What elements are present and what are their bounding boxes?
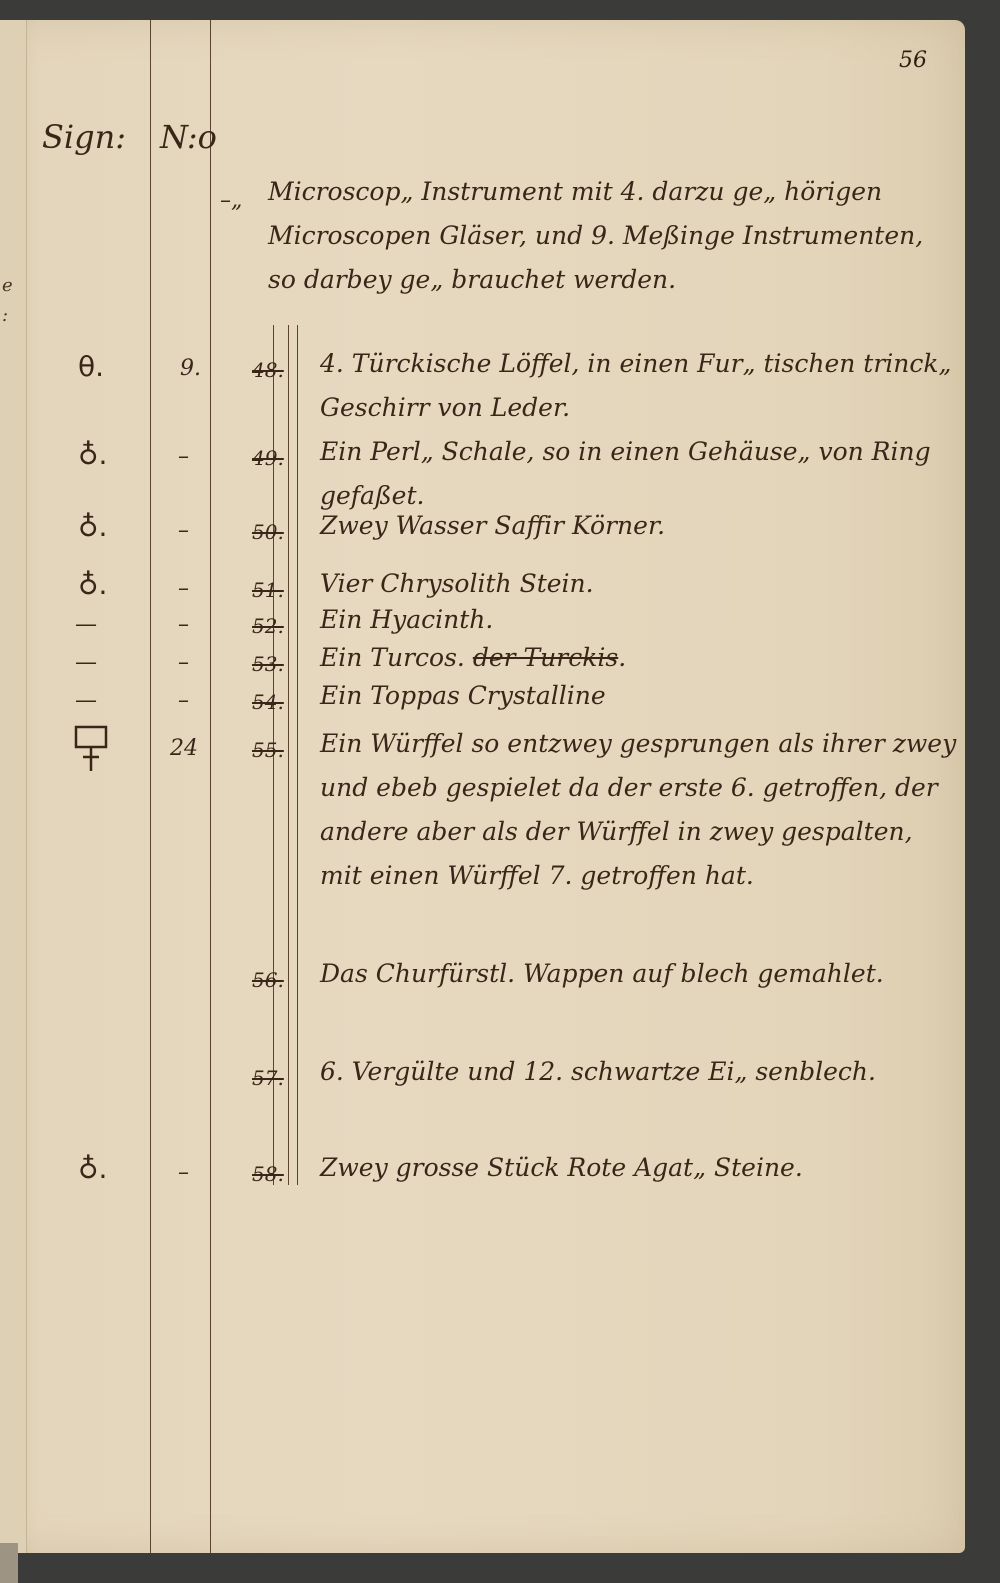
previous-page-edge: e : [0, 20, 27, 1553]
intro-entry-text: Microscop„ Instrument mit 4. darzu ge„ h… [268, 170, 958, 302]
entry-no: 53. [252, 652, 284, 676]
previous-page-letter: e [2, 275, 13, 296]
entry-text: Ein Toppas Crystalline [320, 674, 960, 718]
entry-no: 51. [252, 578, 284, 602]
entry-text: 6. Vergülte und 12. schwartze Ei„ senble… [320, 1050, 960, 1094]
header-sign: Sign: [42, 118, 126, 156]
square-with-cross-icon [72, 725, 112, 775]
entry-text: Zwey Wasser Saffir Körner. [320, 504, 960, 548]
book-spine-edge [0, 1543, 18, 1583]
entry-num: – [178, 650, 189, 675]
column-rule-sign [150, 20, 151, 1553]
sign-dash: — [75, 688, 97, 713]
sign-gold-icon: θ. [78, 350, 104, 383]
entry-num: – [178, 1160, 189, 1185]
entry-text: Zwey grosse Stück Rote Agat„ Steine. [320, 1146, 960, 1190]
sign-dash: — [75, 612, 97, 637]
entry-no: 57. [252, 1066, 284, 1090]
entry-num: – [178, 444, 189, 469]
sign-square-cross-icon [72, 725, 112, 782]
entry-no: 54. [252, 690, 284, 714]
folio-number: 56 [899, 48, 927, 73]
entry-no: 48. [252, 358, 284, 382]
entry-no: 50. [252, 520, 284, 544]
entry-num: – [178, 518, 189, 543]
entry-num: – [178, 688, 189, 713]
column-rule-entry-3 [297, 325, 298, 1185]
entry-text: Das Churfürstl. Wappen auf blech gemahle… [320, 952, 960, 996]
manuscript-page: e : 56 Sign: N:o –„ Microscop„ Instrumen… [0, 20, 965, 1553]
sign-dash: — [75, 650, 97, 675]
entry-num: – [178, 612, 189, 637]
entry-text-struck: der Turckis [473, 643, 618, 672]
entry-no: 49. [252, 446, 284, 470]
sign-silver-cross-icon: ♁. [78, 510, 107, 543]
intro-mark: –„ [220, 188, 242, 213]
entry-text-main: Ein Turcos. [320, 643, 465, 672]
entry-no: 56. [252, 968, 284, 992]
sign-silver-cross-icon: ♁. [78, 1152, 107, 1185]
entry-no: 58. [252, 1162, 284, 1186]
previous-page-mark: : [2, 305, 8, 326]
entry-text: Ein Würffel so entzwey gesprungen als ih… [320, 722, 960, 898]
sign-silver-cross-icon: ♁. [78, 568, 107, 601]
entry-text: 4. Türckische Löffel, in einen Fur„ tisc… [320, 342, 960, 430]
sign-silver-cross-icon: ♁. [78, 438, 107, 471]
header-number: N:o [160, 118, 217, 156]
entry-num: 24 [170, 736, 198, 761]
entry-num: – [178, 576, 189, 601]
entry-no: 55. [252, 738, 284, 762]
column-rule-entry-2 [288, 325, 289, 1185]
entry-num: 9. [180, 356, 201, 381]
entry-text-end: . [618, 643, 626, 672]
column-rule-number [210, 20, 211, 1553]
entry-no: 52. [252, 614, 284, 638]
